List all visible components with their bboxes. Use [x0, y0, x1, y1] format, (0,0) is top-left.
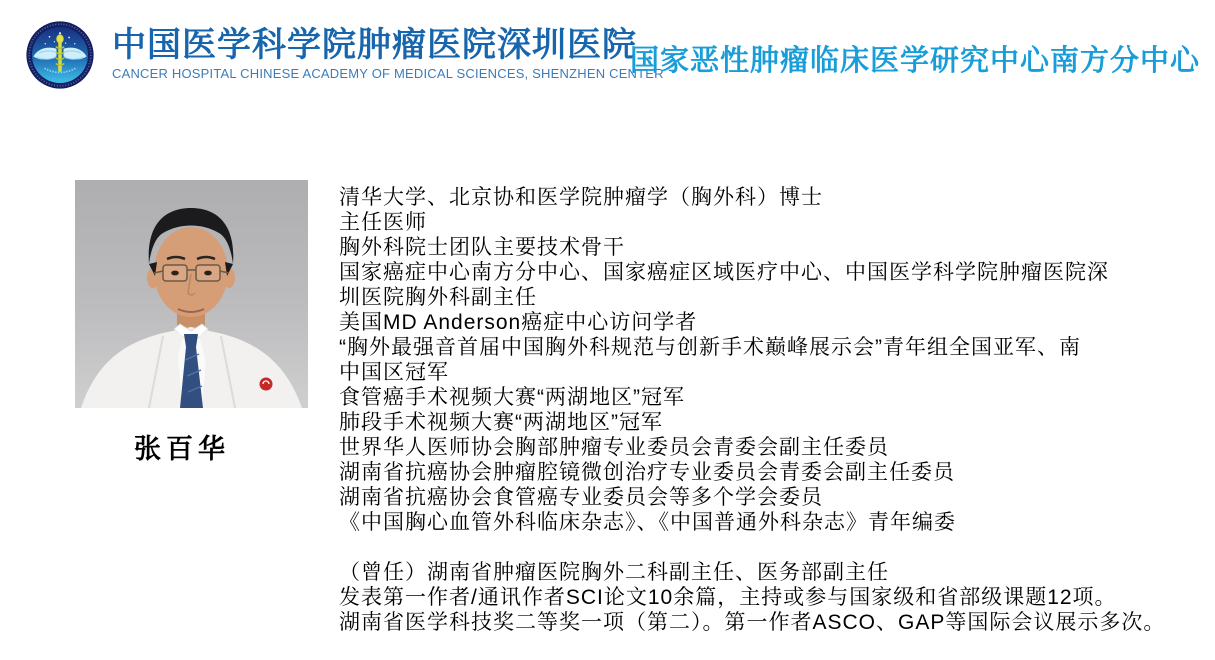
slide: 中国医学科学院肿瘤医院深圳医院 CANCER HOSPITAL CHINESE … [0, 0, 1215, 660]
bio-line: 湖南省医学科技奖二等奖一项（第二）。第一作者ASCO、GAP等国际会议展示多次。 [339, 610, 1199, 635]
bio-line: 食管癌手术视频大赛“两湖地区”冠军 [339, 385, 1199, 410]
bio-line: 《中国胸心血管外科临床杂志》、《中国普通外科杂志》青年编委 [339, 510, 1199, 535]
bio-line: 湖南省抗癌协会食管癌专业委员会等多个学会委员 [339, 485, 1199, 510]
bio-line: 国家癌症中心南方分中心、国家癌症区域医疗中心、中国医学科学院肿瘤医院深 [339, 260, 1199, 285]
bio-list: 清华大学、北京协和医学院肿瘤学（胸外科）博士主任医师胸外科院士团队主要技术骨干国… [339, 185, 1199, 635]
doctor-photo [75, 180, 308, 408]
bio-line: 圳医院胸外科副主任 [339, 285, 1199, 310]
badge-icon [260, 378, 273, 391]
doctor-portrait-image [75, 180, 308, 408]
hospital-name-en: CANCER HOSPITAL CHINESE ACADEMY OF MEDIC… [112, 66, 664, 81]
research-center-name: 国家恶性肿瘤临床医学研究中心南方分中心 [630, 38, 1200, 79]
bio-line: 美国MD Anderson癌症中心访问学者 [339, 310, 1199, 335]
bio-line: 世界华人医师协会胸部肿瘤专业委员会青委会副主任委员 [339, 435, 1199, 460]
bio-line: 发表第一作者/通讯作者SCI论文10余篇，主持或参与国家级和省部级课题12项。 [339, 585, 1199, 610]
bio-line: 中国区冠军 [339, 360, 1199, 385]
hospital-logo [25, 20, 95, 90]
bio-line: 主任医师 [339, 210, 1199, 235]
bio-line: 胸外科院士团队主要技术骨干 [339, 235, 1199, 260]
bio-line [339, 535, 1199, 560]
hospital-emblem-icon [25, 20, 95, 90]
hospital-title-block: 中国医学科学院肿瘤医院深圳医院 CANCER HOSPITAL CHINESE … [112, 25, 664, 81]
bio-line: 湖南省抗癌协会肿瘤腔镜微创治疗专业委员会青委会副主任委员 [339, 460, 1199, 485]
bio-line: （曾任）湖南省肿瘤医院胸外二科副主任、医务部副主任 [339, 560, 1199, 585]
bio-line: “胸外最强音首届中国胸外科规范与创新手术巅峰展示会”青年组全国亚军、南 [339, 335, 1199, 360]
doctor-name: 张百华 [75, 427, 289, 466]
bio-line: 清华大学、北京协和医学院肿瘤学（胸外科）博士 [339, 185, 1199, 210]
bio-line: 肺段手术视频大赛“两湖地区”冠军 [339, 410, 1199, 435]
hospital-name-zh: 中国医学科学院肿瘤医院深圳医院 [112, 25, 664, 65]
